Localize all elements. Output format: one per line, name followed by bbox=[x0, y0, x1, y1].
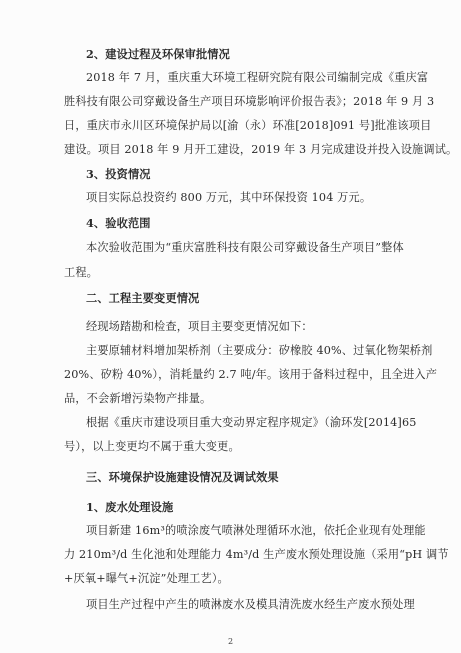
paragraph-line: 工程。 bbox=[64, 266, 98, 280]
paragraph-line: 本次验收范围为“重庆富胜科技有限公司穿戴设备生产项目”整体 bbox=[86, 241, 404, 255]
chapter-heading-environmental-facilities: 三、环境保护设施建设情况及调试效果 bbox=[86, 470, 279, 484]
section-heading-acceptance-scope: 4、验收范围 bbox=[86, 216, 151, 230]
paragraph-line: 日，重庆市永川区环境保护局以[渝（永）环准[2018]091 号]批准该项目 bbox=[64, 119, 431, 133]
section-heading-wastewater: 1、废水处理设施 bbox=[86, 500, 173, 514]
page-number: 2 bbox=[0, 637, 461, 646]
paragraph-line: 项目新建 16m³的喷涂废气喷淋处理循环水池，依托企业现有处理能 bbox=[86, 524, 426, 538]
document-page: 2、建设过程及环保审批情况 2018 年 7 月，重庆重大环境工程研究院有限公司… bbox=[0, 0, 461, 653]
section-heading-construction-approval: 2、建设过程及环保审批情况 bbox=[86, 47, 230, 61]
paragraph-line: 根据《重庆市建设项目重大变动界定程序规定》（渝环发[2014]65 bbox=[86, 416, 416, 430]
paragraph-line: +厌氧+曝气+沉淀”处理工艺）。 bbox=[64, 572, 229, 586]
paragraph-line: 项目生产过程中产生的喷淋废水及模具清洗废水经生产废水预处理 bbox=[86, 598, 415, 612]
paragraph-line: 20%、矽粉 40%），消耗量约 2.7 吨/年。该用于备料过程中，且全进入产 bbox=[64, 368, 437, 382]
section-heading-investment: 3、投资情况 bbox=[86, 167, 151, 181]
paragraph-line: 号），以上变更均不属于重大变更。 bbox=[64, 440, 240, 454]
paragraph-line: 力 210m³/d 生化池和处理能力 4m³/d 生产废水预处理设施（采用“pH… bbox=[64, 548, 449, 562]
paragraph-line: 建设。项目 2018 年 9 月开工建设，2019 年 3 月完成建设并投入设施… bbox=[64, 143, 457, 157]
paragraph-line: 经现场踏勘和检查，项目主要变更情况如下： bbox=[86, 320, 313, 334]
paragraph-line: 2018 年 7 月，重庆重大环境工程研究院有限公司编制完成《重庆富 bbox=[86, 71, 428, 85]
chapter-heading-changes: 二、工程主要变更情况 bbox=[86, 291, 199, 305]
paragraph-line: 主要原辅材料增加架桥剂（主要成分：矽橡胶 40%、过氧化物架桥剂 bbox=[86, 344, 432, 358]
paragraph-line: 胜科技有限公司穿戴设备生产项目环境影响评价报告表》；2018 年 9 月 3 bbox=[64, 95, 434, 109]
paragraph-line: 品，不会新增污染物产排量。 bbox=[64, 392, 211, 406]
paragraph-line: 项目实际总投资约 800 万元，其中环保投资 104 万元。 bbox=[86, 191, 371, 205]
